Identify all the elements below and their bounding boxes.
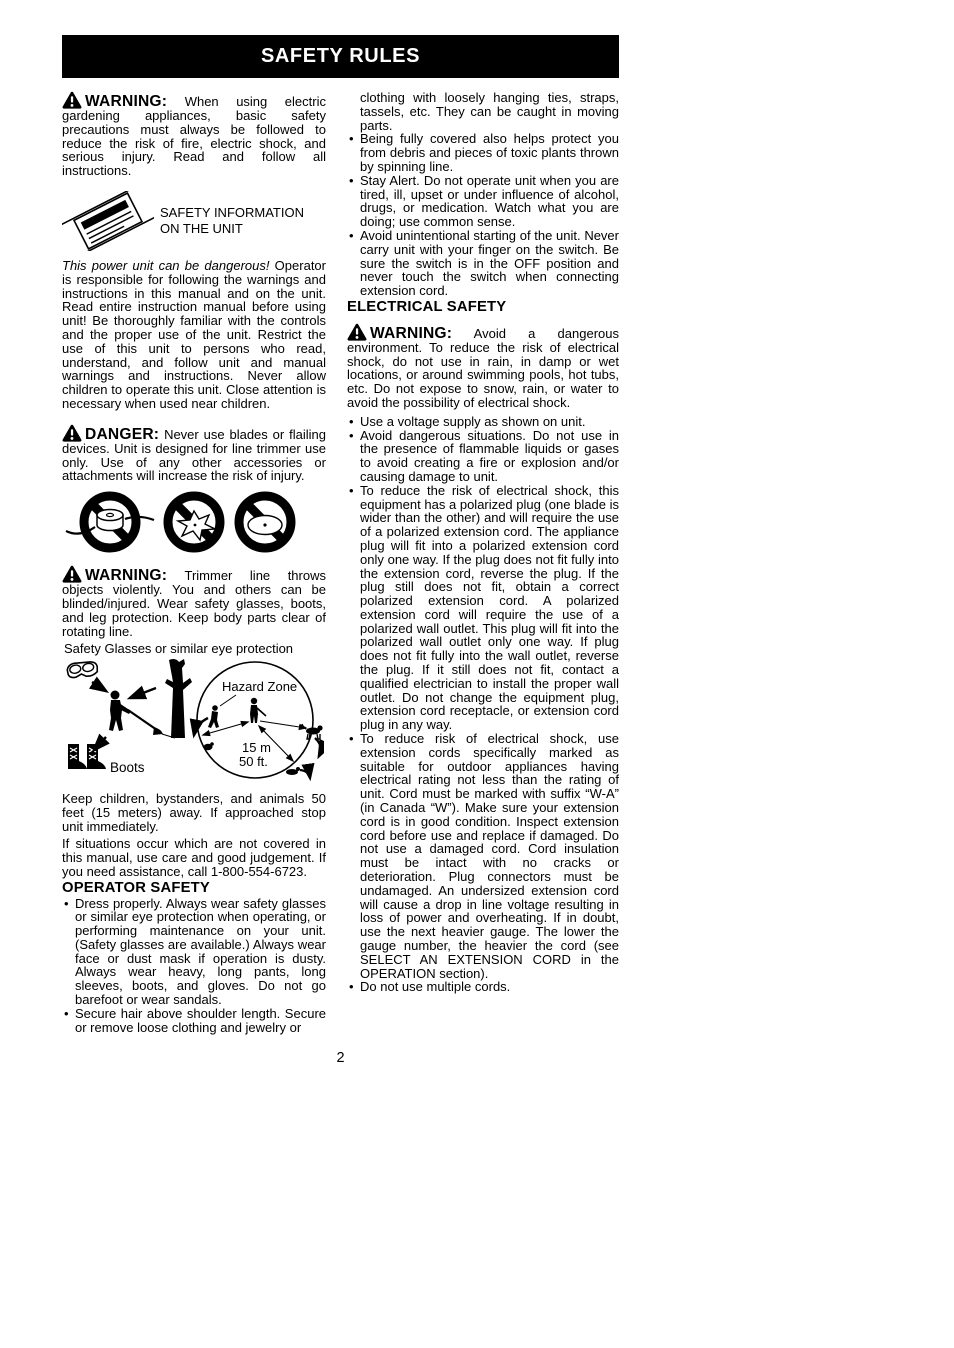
prohibited-attachments-icons xyxy=(62,489,326,555)
no-metal-blade-icon xyxy=(161,489,227,555)
goggles-icon xyxy=(66,659,99,681)
two-column-body: WARNING: When using electric gardening a… xyxy=(62,91,619,1034)
bullet-item: Stay Alert. Do not operate unit when you… xyxy=(347,174,619,229)
intro-rest: Operator is responsible for following th… xyxy=(62,258,326,411)
page-number: 2 xyxy=(62,1052,619,1066)
distance-metric-label: 15 m xyxy=(242,740,271,755)
bullet-item: Secure hair above shoulder length. Secur… xyxy=(62,1007,326,1035)
warning-triangle-icon xyxy=(62,565,82,583)
continuation-paragraph: clothing with loosely hanging ties, stra… xyxy=(347,91,619,132)
warning-triangle-icon xyxy=(62,91,82,109)
safety-info-heading: SAFETY INFORMATION ON THE UNIT xyxy=(160,205,312,236)
keep-away-paragraph: Keep children, bystanders, and animals 5… xyxy=(62,792,326,833)
bird-icon xyxy=(204,742,214,750)
bullet-item: Dress properly. Always wear safety glass… xyxy=(62,897,326,1007)
electrical-safety-heading: ELECTRICAL SAFETY xyxy=(347,301,619,315)
intro-paragraph: This power unit can be dangerous! Operat… xyxy=(62,259,326,411)
operator-safety-list: Dress properly. Always wear safety glass… xyxy=(62,897,326,1035)
glasses-caption: Safety Glasses or similar eye protection xyxy=(62,642,326,656)
safety-info-block: SAFETY INFORMATION ON THE UNIT xyxy=(62,191,326,251)
intro-lead-italic: This power unit can be dangerous! xyxy=(62,258,269,273)
hazard-zone-diagram: Boots Hazard Zone xyxy=(62,658,326,789)
bullet-item: Avoid dangerous situations. Do not use i… xyxy=(347,429,619,484)
page-title-bar: SAFETY RULES xyxy=(62,35,619,78)
warning-paragraph-general: WARNING: When using electric gardening a… xyxy=(62,91,326,178)
operator-safety-list-continued: Being fully covered also helps protect y… xyxy=(347,132,619,298)
distance-imperial-label: 50 ft. xyxy=(239,754,268,769)
tree-icon xyxy=(165,659,192,738)
danger-paragraph: DANGER: Never use blades or flailing dev… xyxy=(62,424,326,483)
warning-paragraph-electrical: WARNING: Avoid a dangerous environment. … xyxy=(347,323,619,410)
bullet-item: Being fully covered also helps protect y… xyxy=(347,132,619,173)
right-column: clothing with loosely hanging ties, stra… xyxy=(347,91,619,1034)
warning-paragraph-trimmer-line: WARNING: Trimmer line throws objects vio… xyxy=(62,565,326,638)
situations-paragraph: If situations occur which are not covere… xyxy=(62,837,326,878)
operator-safety-heading: OPERATOR SAFETY xyxy=(62,882,326,896)
no-saw-disc-icon xyxy=(232,489,298,555)
boots-label: Boots xyxy=(110,760,145,775)
center-operator-icon xyxy=(250,698,258,723)
unit-warning-label-icon xyxy=(62,191,154,251)
manual-page: SAFETY RULES WARNING: When using electri… xyxy=(62,35,619,1066)
electrical-safety-list: Use a voltage supply as shown on unit. A… xyxy=(347,415,619,994)
bullet-item: Avoid unintentional starting of the unit… xyxy=(347,229,619,298)
left-column: WARNING: When using electric gardening a… xyxy=(62,91,326,1034)
hazard-zone-label: Hazard Zone xyxy=(222,679,297,694)
bullet-item: To reduce the risk of electrical shock, … xyxy=(347,484,619,732)
page-title: SAFETY RULES xyxy=(261,50,420,64)
warning-triangle-icon xyxy=(347,323,367,341)
boots-icon xyxy=(68,744,106,769)
no-flail-head-icon xyxy=(64,489,156,555)
warning-triangle-icon xyxy=(62,424,82,442)
bystander-icon xyxy=(208,705,219,728)
bullet-item: Use a voltage supply as shown on unit. xyxy=(347,415,619,429)
bullet-item: To reduce risk of electrical shock, use … xyxy=(347,732,619,980)
bullet-item: Do not use multiple cords. xyxy=(347,980,619,994)
